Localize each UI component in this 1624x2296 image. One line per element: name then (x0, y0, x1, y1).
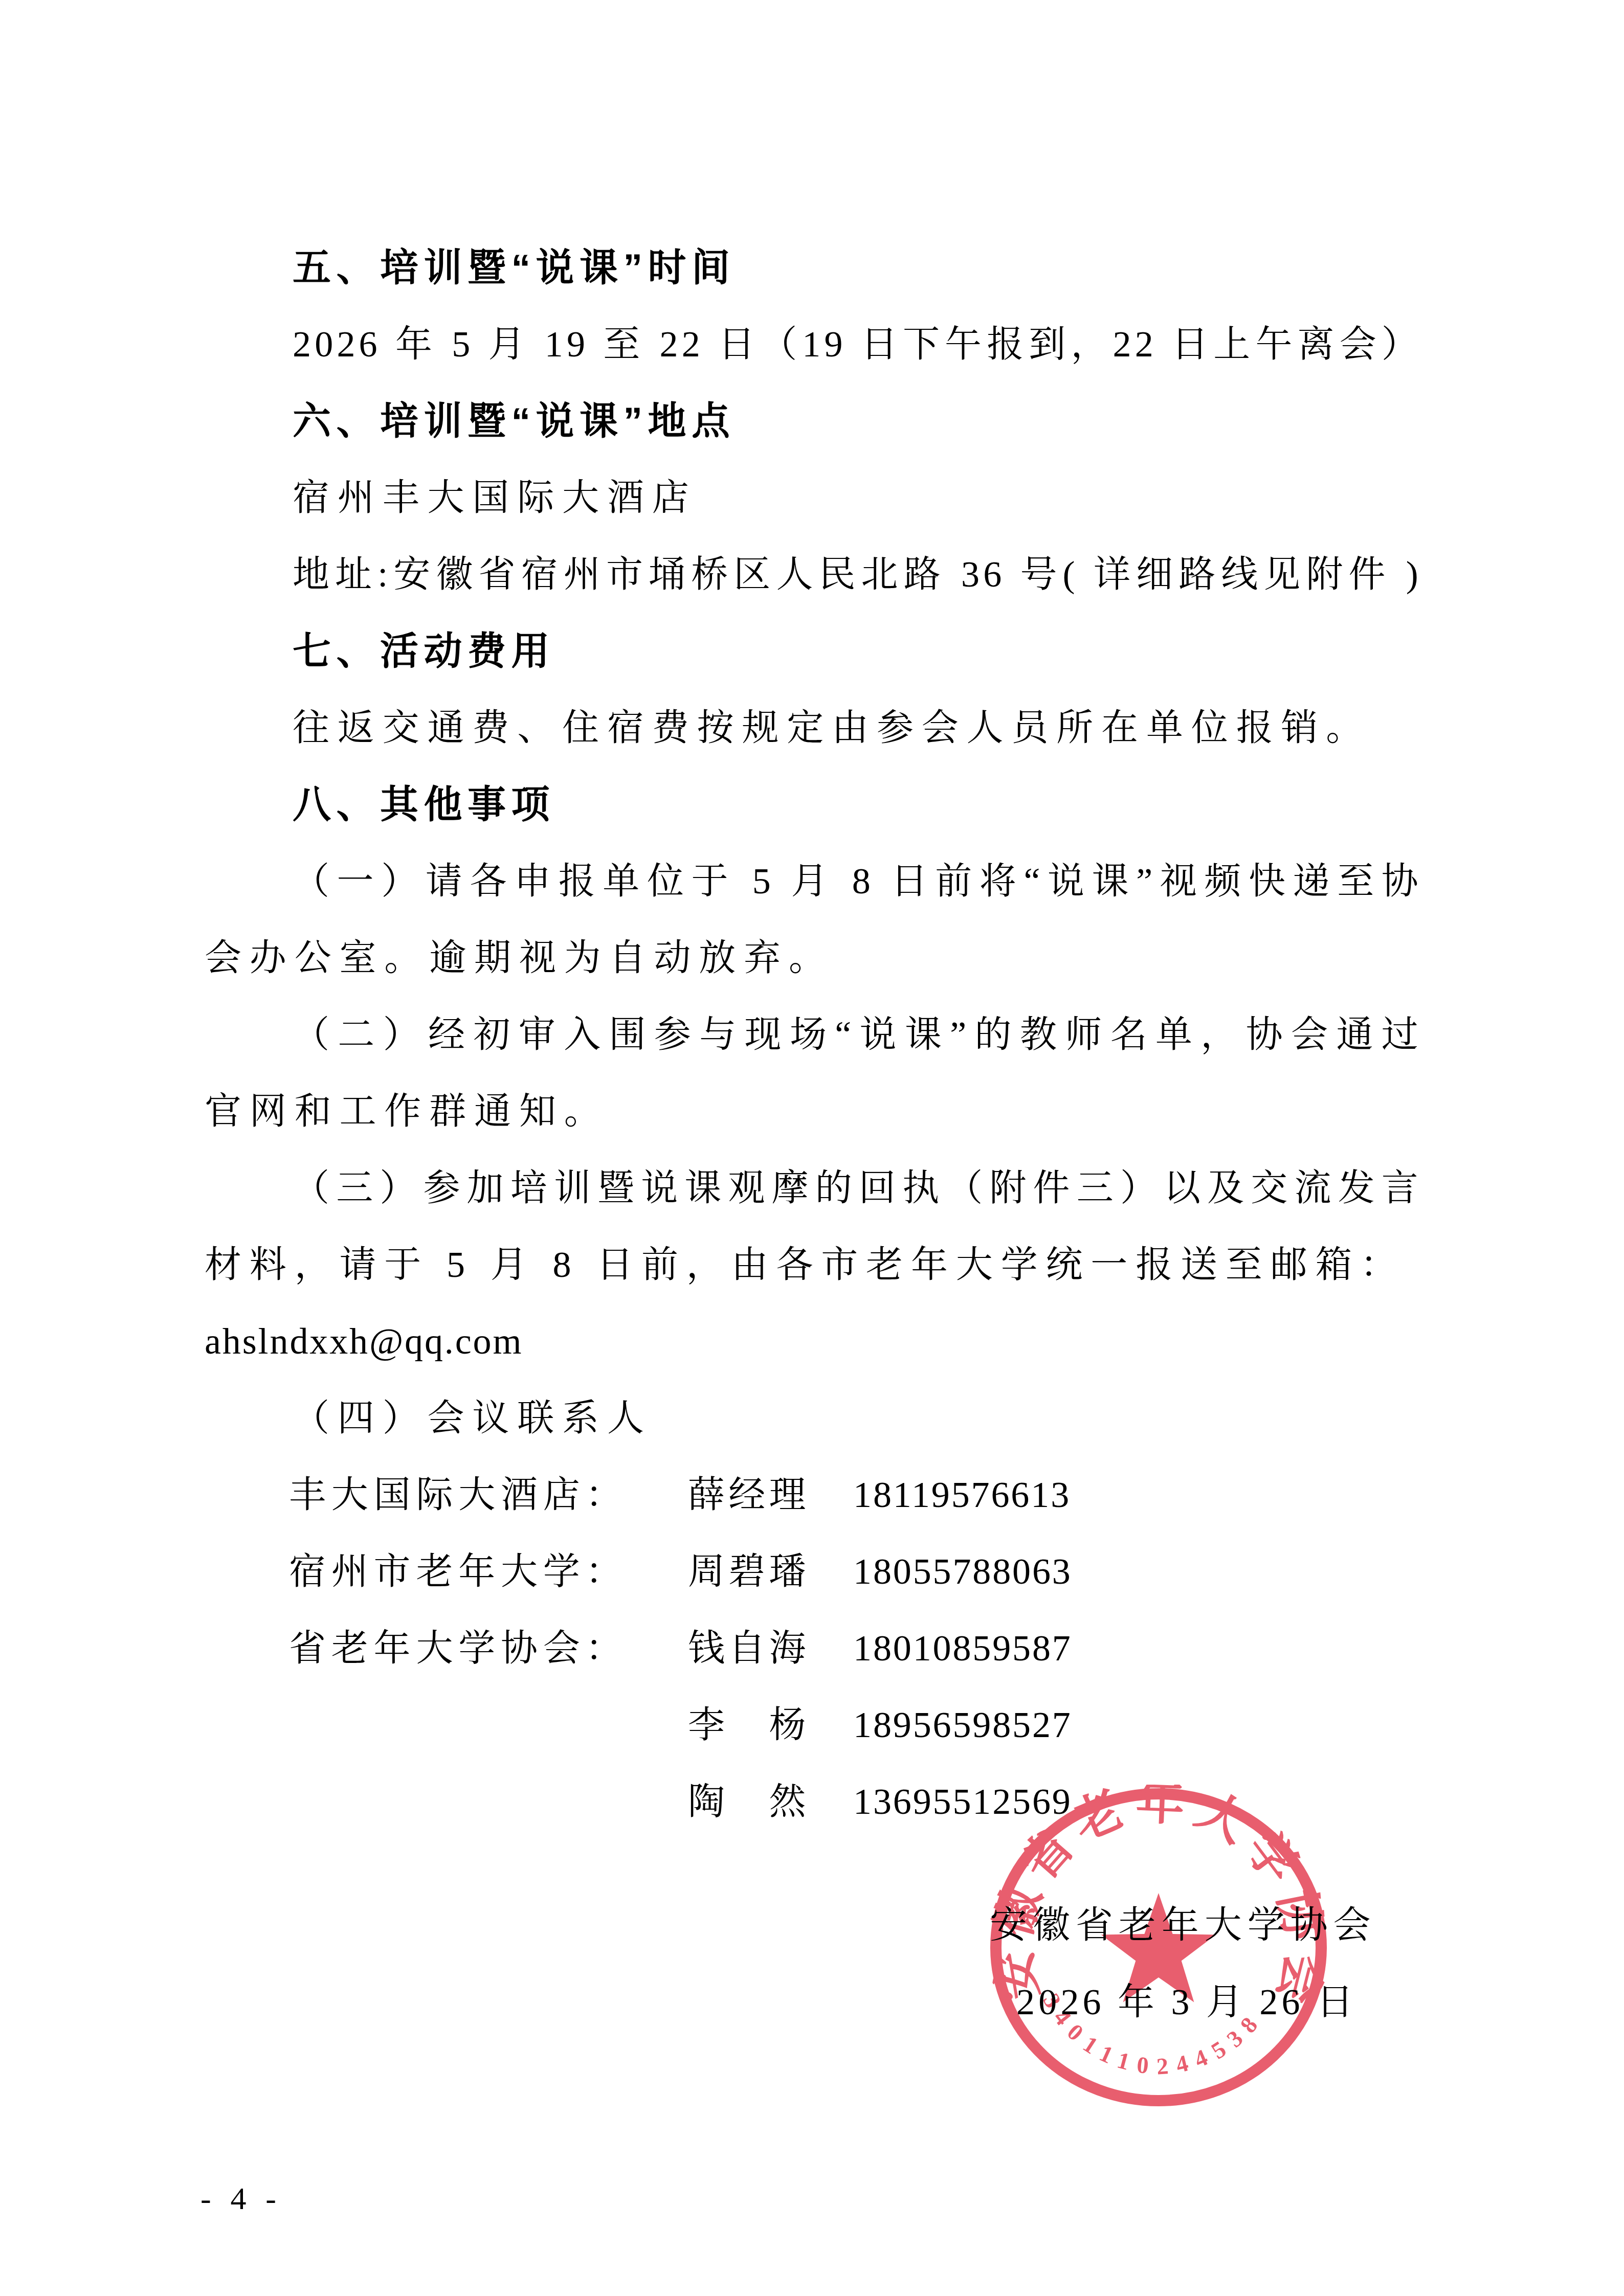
section5-time-line: 2026 年 5 月 19 至 22 日（19 日下午报到，22 日上午离会） (205, 306, 1422, 382)
contact-row-hotel: 丰大国际大酒店： 薛经理 18119576613 (205, 1456, 1422, 1533)
section7-fee-line: 往返交通费、住宿费按规定由参会人员所在单位报销。 (205, 689, 1422, 766)
section-heading-7: 七、活动费用 (205, 613, 1422, 689)
item1-line1: （一）请各申报单位于 5 月 8 日前将“说课”视频快递至协 (205, 843, 1422, 919)
contact-label (289, 1686, 688, 1763)
section6-address-line: 地址:安徽省宿州市埇桥区人民北路 36 号( 详细路线见附件 ) (205, 536, 1422, 613)
document-body: 五、培训暨“说课”时间 2026 年 5 月 19 至 22 日（19 日下午报… (205, 229, 1422, 1840)
contact-row-suzhou-university: 宿州市老年大学： 周碧璠 18055788063 (205, 1533, 1422, 1610)
contact-name: 陶 然 (688, 1763, 853, 1840)
item2-line2: 官网和工作群通知。 (205, 1073, 1422, 1150)
contact-name: 周碧璠 (688, 1533, 853, 1610)
page-number: - 4 - (201, 2173, 282, 2224)
contact-label: 丰大国际大酒店： (289, 1456, 688, 1533)
item2-line1: （二）经初审入围参与现场“说课”的教师名单，协会通过 (205, 996, 1422, 1073)
contact-name: 钱自海 (688, 1610, 853, 1686)
contact-label: 宿州市老年大学： (289, 1533, 688, 1610)
item3-line2: 材料，请于 5 月 8 日前，由各市老年大学统一报送至邮箱： (205, 1226, 1422, 1303)
signature-date: 2026 年 3 月 26 日 (990, 1964, 1384, 2040)
section-heading-6: 六、培训暨“说课”地点 (205, 382, 1422, 459)
contact-phone: 18119576613 (853, 1456, 1071, 1533)
contact-label (289, 1763, 688, 1840)
signature-org: 安徽省老年大学协会 (990, 1887, 1384, 1964)
contact-email: ahslndxxh@qq.com (205, 1303, 1422, 1380)
document-page: 五、培训暨“说课”时间 2026 年 5 月 19 至 22 日（19 日下午报… (0, 0, 1624, 2296)
item3-line1: （三）参加培训暨说课观摩的回执（附件三）以及交流发言 (205, 1150, 1422, 1226)
contact-phone: 18956598527 (853, 1686, 1072, 1763)
section-heading-5: 五、培训暨“说课”时间 (205, 229, 1422, 306)
contact-label: 省老年大学协会： (289, 1610, 688, 1686)
contact-name: 李 杨 (688, 1686, 853, 1763)
item4-line: （四）会议联系人 (205, 1380, 1422, 1456)
contact-phone: 18055788063 (853, 1533, 1072, 1610)
section6-venue-line: 宿州丰大国际大酒店 (205, 459, 1422, 536)
contact-row-liyang: 李 杨 18956598527 (205, 1686, 1422, 1763)
contact-name: 薛经理 (688, 1456, 853, 1533)
contact-row-association: 省老年大学协会： 钱自海 18010859587 (205, 1610, 1422, 1686)
contact-phone: 18010859587 (853, 1610, 1072, 1686)
signature-block: 安徽省老年大学协会 2026 年 3 月 26 日 (990, 1887, 1384, 2040)
section-heading-8: 八、其他事项 (205, 766, 1422, 843)
item1-line2: 会办公室。逾期视为自动放弃。 (205, 919, 1422, 996)
